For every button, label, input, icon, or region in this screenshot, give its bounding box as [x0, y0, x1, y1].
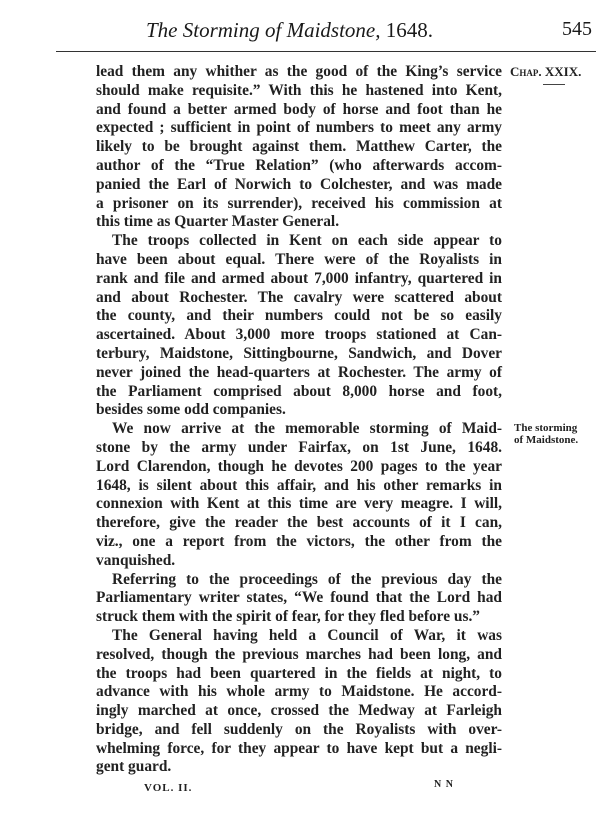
storming-sidenote-line: The storming [514, 422, 578, 434]
text-line: rank and file and armed about 7,000 infa… [96, 270, 502, 289]
text-line: this time as Quarter Master General. [96, 213, 502, 232]
text-line: and found a better armed body of horse a… [96, 101, 502, 120]
text-line: whelming force, for they appear to have … [96, 740, 502, 759]
text-line: 1648, is silent about this affair, and h… [96, 477, 502, 496]
text-line: gent guard. [96, 758, 502, 777]
text-line: never joined the head-quarters at Roches… [96, 364, 502, 383]
text-line: author of the “True Relation” (who after… [96, 157, 502, 176]
text-line: lead them any whither as the good of the… [96, 63, 502, 82]
text-line: besides some odd companies. [96, 401, 502, 420]
text-line: therefore, give the reader the best acco… [96, 514, 502, 533]
paragraph-first-line: The troops collected in Kent on each sid… [96, 232, 502, 251]
text-line: viz., one a report from the victors, the… [96, 533, 502, 552]
text-line: the troops had been quartered in the fie… [96, 665, 502, 684]
text-line: Lord Clarendon, though he devotes 200 pa… [96, 458, 502, 477]
text-line: Parliamentary writer states, “We found t… [96, 589, 502, 608]
text-line: likely to be brought against them. Matth… [96, 138, 502, 157]
text-line: and about Rochester. The cavalry were sc… [96, 289, 502, 308]
text-line: vanquished. [96, 552, 502, 571]
text-line: should make requisite.” With this he has… [96, 82, 502, 101]
body-text: lead them any whither as the good of the… [96, 63, 502, 777]
text-line: connexion with Kent at this time are ver… [96, 495, 502, 514]
text-line: terbury, Maidstone, Sittingbourne, Sandw… [96, 345, 502, 364]
volume-signature: VOL. II. [144, 782, 192, 794]
page-number: 545 [562, 18, 592, 41]
running-title-italic: The Storming of Maidstone, [146, 18, 381, 42]
running-title: The Storming of Maidstone, 1648. [146, 18, 433, 43]
text-line: the Parliament comprised about 8,000 hor… [96, 383, 502, 402]
text-line: the county, and their numbers could not … [96, 307, 502, 326]
text-line: a prisoner on its surrender), received h… [96, 195, 502, 214]
text-line: ingly marched at once, crossed the Medwa… [96, 702, 502, 721]
running-title-year: 1648. [381, 18, 434, 42]
running-head: The Storming of Maidstone, 1648. 545 [0, 18, 600, 42]
text-line: advance with his whole army to Maidstone… [96, 683, 502, 702]
paragraph-first-line: Referring to the proceedings of the prev… [96, 571, 502, 590]
text-line: bridge, and fell suddenly on the Royalis… [96, 721, 502, 740]
storming-sidenote: The storming of Maidstone. [514, 422, 578, 446]
text-line: struck them with the spirit of fear, for… [96, 608, 502, 627]
text-line: ascertained. About 3,000 more troops sta… [96, 326, 502, 345]
chapter-sidenote-rule [543, 84, 565, 85]
text-line: stone by the army under Fairfax, on 1st … [96, 439, 502, 458]
storming-sidenote-line: of Maidstone. [514, 434, 578, 446]
paragraph-first-line: We now arrive at the memorable storming … [96, 420, 502, 439]
chapter-sidenote: Chap. XXIX. [510, 64, 581, 80]
text-line: panied the Earl of Norwich to Colchester… [96, 176, 502, 195]
text-line: resolved, though the previous marches ha… [96, 646, 502, 665]
paragraph-first-line: The General having held a Council of War… [96, 627, 502, 646]
text-line: expected ; sufficient in point of number… [96, 119, 502, 138]
text-line: have been about equal. There were of the… [96, 251, 502, 270]
header-rule [56, 51, 596, 52]
gathering-signature: N N [434, 779, 454, 790]
